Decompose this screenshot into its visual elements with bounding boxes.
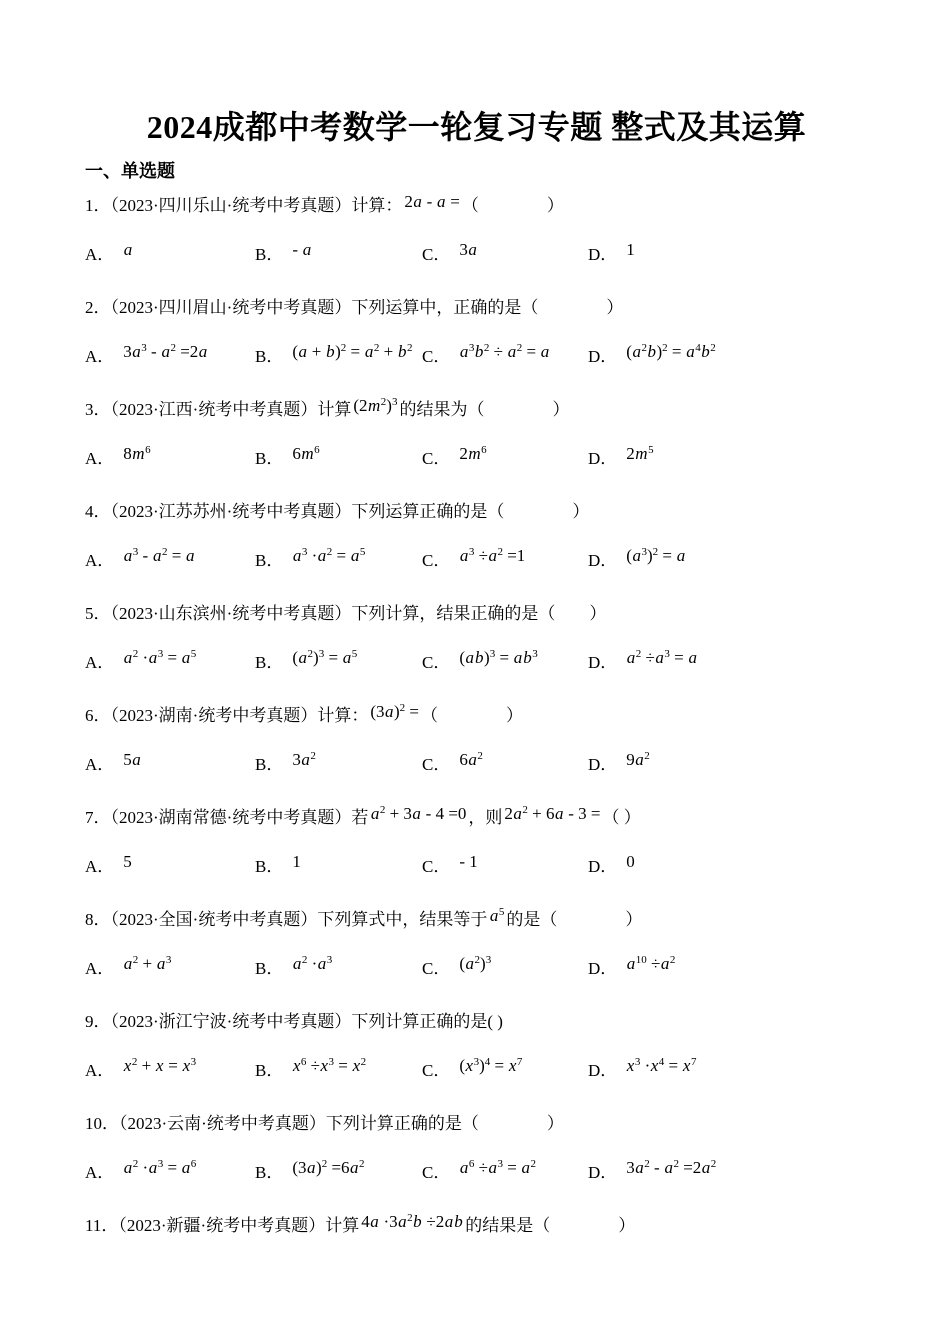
option: C．- 1	[422, 852, 588, 877]
stem-text: 4．（2023·江苏苏州·统考中考真题）下列运算正确的是（ ）	[85, 502, 589, 521]
option-label: B．	[255, 648, 283, 673]
section-heading: 一、单选题	[85, 160, 868, 182]
option-row: A．5B．1C．- 1D．0	[85, 845, 868, 877]
stem-math: (2m2)3	[353, 391, 397, 421]
option-label: D．	[588, 546, 617, 571]
option-math: 3a	[459, 240, 477, 260]
option-label: D．	[588, 852, 617, 877]
stem-math: a2 + 3a - 4 =0	[370, 799, 466, 829]
option-row: A．5aB．3a2C．6a2D．9a2	[85, 743, 868, 775]
question-stem: 7．（2023·湖南常德·统考中考真题）若a2 + 3a - 4 =0，则2a2…	[85, 803, 868, 833]
option-row: A．a2 + a3B．a2 ·a3C．(a2)3D．a10 ÷a2	[85, 947, 868, 979]
option: C．(a2)3	[422, 954, 588, 979]
question: 2．（2023·四川眉山·统考中考真题）下列运算中，正确的是（ ） A．3a3 …	[85, 293, 868, 367]
option-label: C．	[422, 750, 450, 775]
stem-math: (3a)2 =	[370, 697, 419, 727]
option-math: a3 ·a2 = a5	[292, 546, 365, 566]
question-stem: 4．（2023·江苏苏州·统考中考真题）下列运算正确的是（ ）	[85, 497, 868, 527]
option-label: C．	[422, 852, 450, 877]
option-row: A．x2 + x = x3B．x6 ÷x3 = x2C．(x3)4 = x7D．…	[85, 1049, 868, 1081]
option: B．a2 ·a3	[255, 954, 422, 979]
question: 7．（2023·湖南常德·统考中考真题）若a2 + 3a - 4 =0，则2a2…	[85, 803, 868, 877]
option-row: A．a2 ·a3 = a6B．(3a)2 =6a2C．a6 ÷a3 = a2D．…	[85, 1151, 868, 1183]
option-math: 1	[292, 852, 301, 872]
option-label: B．	[255, 1056, 283, 1081]
question-stem: 11．（2023·新疆·统考中考真题）计算4a ·3a2b ÷2ab的结果是（ …	[85, 1211, 868, 1241]
stem-text: 的是（ ）	[506, 910, 642, 929]
option: D．2m5	[588, 444, 868, 469]
question-stem: 6．（2023·湖南·统考中考真题）计算：(3a)2 =（ ）	[85, 701, 868, 731]
option-math: (ab)3 = ab3	[459, 648, 537, 668]
question: 9．（2023·浙江宁波·统考中考真题）下列计算正确的是( ) A．x2 + x…	[85, 1007, 868, 1081]
question: 11．（2023·新疆·统考中考真题）计算4a ·3a2b ÷2ab的结果是（ …	[85, 1211, 868, 1241]
option-math: a3 ÷a2 =1	[459, 546, 525, 566]
question-stem: 2．（2023·四川眉山·统考中考真题）下列运算中，正确的是（ ）	[85, 293, 868, 323]
option-label: D．	[588, 1158, 617, 1183]
option-label: C．	[422, 648, 450, 673]
option-label: A．	[85, 1056, 114, 1081]
option: D．(a3)2 = a	[588, 546, 868, 571]
option-math: 3a3 - a2 =2a	[123, 342, 208, 362]
option-math: a2 ·a3 = a5	[123, 648, 196, 668]
option-math: a2 ÷a3 = a	[626, 648, 697, 668]
option-math: 3a2	[292, 750, 316, 770]
option: C．(x3)4 = x7	[422, 1056, 588, 1081]
option: A．a2 ·a3 = a5	[85, 648, 255, 673]
option-math: 6m6	[292, 444, 319, 464]
option: D．(a2b)2 = a4b2	[588, 342, 868, 367]
question-stem: 8．（2023·全国·统考中考真题）下列算式中，结果等于a5的是（ ）	[85, 905, 868, 935]
option: D．1	[588, 240, 868, 265]
option: D．3a2 - a2 =2a2	[588, 1158, 868, 1183]
option-label: C．	[422, 1056, 450, 1081]
option-label: A．	[85, 954, 114, 979]
option-label: D．	[588, 342, 617, 367]
option-label: D．	[588, 648, 617, 673]
option-math: a2 ·a3	[292, 954, 332, 974]
option-row: A．a3 - a2 = aB．a3 ·a2 = a5C．a3 ÷a2 =1D．(…	[85, 539, 868, 571]
question: 3．（2023·江西·统考中考真题）计算(2m2)3的结果为（ ） A．8m6B…	[85, 395, 868, 469]
option: C．a3 ÷a2 =1	[422, 546, 588, 571]
option: B．(a2)3 = a5	[255, 648, 422, 673]
option-math: - a	[292, 240, 311, 260]
option: B．(a + b)2 = a2 + b2	[255, 342, 422, 367]
option-math: (x3)4 = x7	[459, 1056, 522, 1076]
option-label: A．	[85, 444, 114, 469]
option: A．8m6	[85, 444, 255, 469]
option-math: (a2)3 = a5	[292, 648, 357, 668]
option-math: (3a)2 =6a2	[292, 1158, 364, 1178]
option-math: x3 ·x4 = x7	[626, 1056, 696, 1076]
stem-text: （ ）	[603, 808, 641, 827]
option: A．5	[85, 852, 255, 877]
stem-math: 4a ·3a2b ÷2ab	[361, 1207, 463, 1237]
stem-text: 2．（2023·四川眉山·统考中考真题）下列运算中，正确的是（ ）	[85, 298, 623, 317]
option: B．1	[255, 852, 422, 877]
document-page: 2024成都中考数学一轮复习专题 整式及其运算 一、单选题 1．（2023·四川…	[0, 0, 950, 1344]
option-math: (a + b)2 = a2 + b2	[292, 342, 412, 362]
question-stem: 10．（2023·云南·统考中考真题）下列计算正确的是（ ）	[85, 1109, 868, 1139]
page-title: 2024成都中考数学一轮复习专题 整式及其运算	[85, 104, 868, 150]
option-row: A．aB．- aC．3aD．1	[85, 233, 868, 265]
question: 8．（2023·全国·统考中考真题）下列算式中，结果等于a5的是（ ） A．a2…	[85, 905, 868, 979]
option: B．(3a)2 =6a2	[255, 1158, 422, 1183]
question: 4．（2023·江苏苏州·统考中考真题）下列运算正确的是（ ） A．a3 - a…	[85, 497, 868, 571]
option: B．x6 ÷x3 = x2	[255, 1056, 422, 1081]
option-label: D．	[588, 750, 617, 775]
option: A．x2 + x = x3	[85, 1056, 255, 1081]
option-label: B．	[255, 1158, 283, 1183]
option-label: D．	[588, 240, 617, 265]
option-row: A．8m6B．6m6C．2m6D．2m5	[85, 437, 868, 469]
option-math: (a2)3	[459, 954, 491, 974]
stem-text: 9．（2023·浙江宁波·统考中考真题）下列计算正确的是( )	[85, 1012, 503, 1031]
option-label: C．	[422, 342, 450, 367]
stem-text: 11．（2023·新疆·统考中考真题）计算	[85, 1216, 359, 1235]
stem-text: （ ）	[421, 706, 523, 725]
option: B．6m6	[255, 444, 422, 469]
option-math: (a2b)2 = a4b2	[626, 342, 715, 362]
option: A．a2 + a3	[85, 954, 255, 979]
question-stem: 5．（2023·山东滨州·统考中考真题）下列计算，结果正确的是（ ）	[85, 599, 868, 629]
stem-text: 8．（2023·全国·统考中考真题）下列算式中，结果等于	[85, 910, 487, 929]
question-stem: 9．（2023·浙江宁波·统考中考真题）下列计算正确的是( )	[85, 1007, 868, 1037]
option: A．a	[85, 240, 255, 265]
option: C．(ab)3 = ab3	[422, 648, 588, 673]
option-label: A．	[85, 240, 114, 265]
stem-text: 6．（2023·湖南·统考中考真题）计算：	[85, 706, 368, 725]
option-math: (a3)2 = a	[626, 546, 685, 566]
option: D．a10 ÷a2	[588, 954, 868, 979]
option-label: A．	[85, 342, 114, 367]
option-math: 9a2	[626, 750, 650, 770]
question-stem: 3．（2023·江西·统考中考真题）计算(2m2)3的结果为（ ）	[85, 395, 868, 425]
stem-text: 的结果为（ ）	[399, 400, 569, 419]
stem-math: 2a2 + 6a - 3 =	[504, 799, 600, 829]
option-math: a6 ÷a3 = a2	[459, 1158, 536, 1178]
stem-text: （ ）	[462, 196, 564, 215]
question: 6．（2023·湖南·统考中考真题）计算：(3a)2 =（ ） A．5aB．3a…	[85, 701, 868, 775]
option-math: a10 ÷a2	[626, 954, 675, 974]
option: D．9a2	[588, 750, 868, 775]
option: B．3a2	[255, 750, 422, 775]
option-label: A．	[85, 852, 114, 877]
option: C．6a2	[422, 750, 588, 775]
option: C．2m6	[422, 444, 588, 469]
option-math: a3b2 ÷ a2 = a	[459, 342, 549, 362]
option-label: C．	[422, 546, 450, 571]
option-math: 2m6	[459, 444, 486, 464]
stem-text: ，则	[468, 808, 502, 827]
option-label: D．	[588, 444, 617, 469]
stem-math: 2a - a =	[404, 187, 460, 217]
question: 10．（2023·云南·统考中考真题）下列计算正确的是（ ） A．a2 ·a3 …	[85, 1109, 868, 1183]
option: D．a2 ÷a3 = a	[588, 648, 868, 673]
question-list: 1．（2023·四川乐山·统考中考真题）计算：2a - a =（ ） A．aB．…	[85, 191, 868, 1241]
option-label: B．	[255, 342, 283, 367]
option-math: 2m5	[626, 444, 653, 464]
option: A．3a3 - a2 =2a	[85, 342, 255, 367]
option-math: a	[123, 240, 133, 260]
stem-text: 的结果是（ ）	[465, 1216, 635, 1235]
option: B．- a	[255, 240, 422, 265]
stem-text: 1．（2023·四川乐山·统考中考真题）计算：	[85, 196, 402, 215]
stem-text: 10．（2023·云南·统考中考真题）下列计算正确的是（ ）	[85, 1114, 564, 1133]
stem-text: 5．（2023·山东滨州·统考中考真题）下列计算，结果正确的是（ ）	[85, 604, 606, 623]
option-math: a2 ·a3 = a6	[123, 1158, 196, 1178]
option: A．a2 ·a3 = a6	[85, 1158, 255, 1183]
question-stem: 1．（2023·四川乐山·统考中考真题）计算：2a - a =（ ）	[85, 191, 868, 221]
option-label: C．	[422, 240, 450, 265]
option: D．0	[588, 852, 868, 877]
option-math: a3 - a2 = a	[123, 546, 195, 566]
option-label: B．	[255, 750, 283, 775]
option: B．a3 ·a2 = a5	[255, 546, 422, 571]
option-label: A．	[85, 750, 114, 775]
option: C．a6 ÷a3 = a2	[422, 1158, 588, 1183]
option-math: 3a2 - a2 =2a2	[626, 1158, 716, 1178]
question: 1．（2023·四川乐山·统考中考真题）计算：2a - a =（ ） A．aB．…	[85, 191, 868, 265]
option-math: 5	[123, 852, 132, 872]
option-math: x2 + x = x3	[123, 1056, 196, 1076]
option-label: C．	[422, 1158, 450, 1183]
stem-text: 3．（2023·江西·统考中考真题）计算	[85, 400, 351, 419]
option-label: C．	[422, 444, 450, 469]
option-label: A．	[85, 1158, 114, 1183]
option-label: B．	[255, 444, 283, 469]
option-math: a2 + a3	[123, 954, 171, 974]
question: 5．（2023·山东滨州·统考中考真题）下列计算，结果正确的是（ ） A．a2 …	[85, 599, 868, 673]
option-label: D．	[588, 1056, 617, 1081]
option-math: 8m6	[123, 444, 150, 464]
option-row: A．3a3 - a2 =2aB．(a + b)2 = a2 + b2C．a3b2…	[85, 335, 868, 367]
option: A．a3 - a2 = a	[85, 546, 255, 571]
stem-text: 7．（2023·湖南常德·统考中考真题）若	[85, 808, 368, 827]
option-math: x6 ÷x3 = x2	[292, 1056, 366, 1076]
option: C．a3b2 ÷ a2 = a	[422, 342, 588, 367]
option-label: B．	[255, 954, 283, 979]
option-label: C．	[422, 954, 450, 979]
option-label: B．	[255, 240, 283, 265]
option-label: A．	[85, 546, 114, 571]
option: A．5a	[85, 750, 255, 775]
option-math: 5a	[123, 750, 141, 770]
option-math: 1	[626, 240, 635, 260]
option-label: B．	[255, 852, 283, 877]
option-label: D．	[588, 954, 617, 979]
stem-math: a5	[489, 901, 504, 931]
option-row: A．a2 ·a3 = a5B．(a2)3 = a5C．(ab)3 = ab3D．…	[85, 641, 868, 673]
option-label: B．	[255, 546, 283, 571]
option-math: 6a2	[459, 750, 483, 770]
option: D．x3 ·x4 = x7	[588, 1056, 868, 1081]
option: C．3a	[422, 240, 588, 265]
option-math: - 1	[459, 852, 477, 872]
option-math: 0	[626, 852, 635, 872]
option-label: A．	[85, 648, 114, 673]
